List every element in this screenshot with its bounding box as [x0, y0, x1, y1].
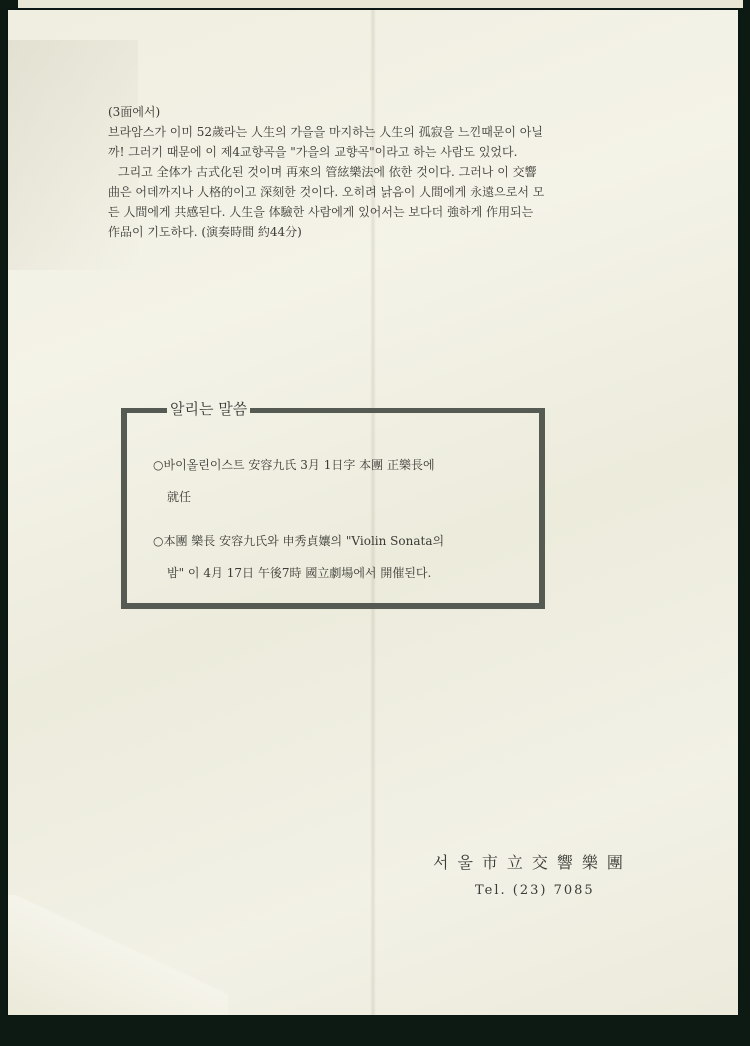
- organization-name: 서울市立交響樂團: [433, 850, 632, 873]
- document-page: (3面에서) 브라암스가 이미 52歲라는 人生의 가을을 마지하는 人生의 孤…: [8, 10, 738, 1015]
- notice-title: 알리는 말씀: [167, 398, 250, 419]
- telephone: Tel. (23) 7085: [475, 883, 632, 898]
- article-text: (3面에서) 브라암스가 이미 52歲라는 人生의 가을을 마지하는 人生의 孤…: [108, 102, 548, 242]
- paragraph: 그리고 全体가 古式化된 것이며 再來의 管絃樂法에 依한 것이다. 그러나 이…: [108, 162, 548, 242]
- notice-item: ○바이올린이스트 安容九氏 3月 1日字 本團 正樂長에 就任: [153, 449, 435, 513]
- footer: 서울市立交響樂團 Tel. (23) 7085: [433, 850, 632, 898]
- underlying-sheet: [18, 0, 743, 8]
- notice-item: ○本團 樂長 安容九氏와 申秀貞孃의 "Violin Sonata의 밤" 이 …: [153, 525, 444, 589]
- folded-corner: [8, 895, 228, 1015]
- continuation-label: (3面에서): [108, 102, 548, 122]
- notice-box: 알리는 말씀 ○바이올린이스트 安容九氏 3月 1日字 本團 正樂長에 就任 ○…: [121, 408, 545, 609]
- paragraph: 브라암스가 이미 52歲라는 人生의 가을을 마지하는 人生의 孤寂을 느낀때문…: [108, 122, 548, 162]
